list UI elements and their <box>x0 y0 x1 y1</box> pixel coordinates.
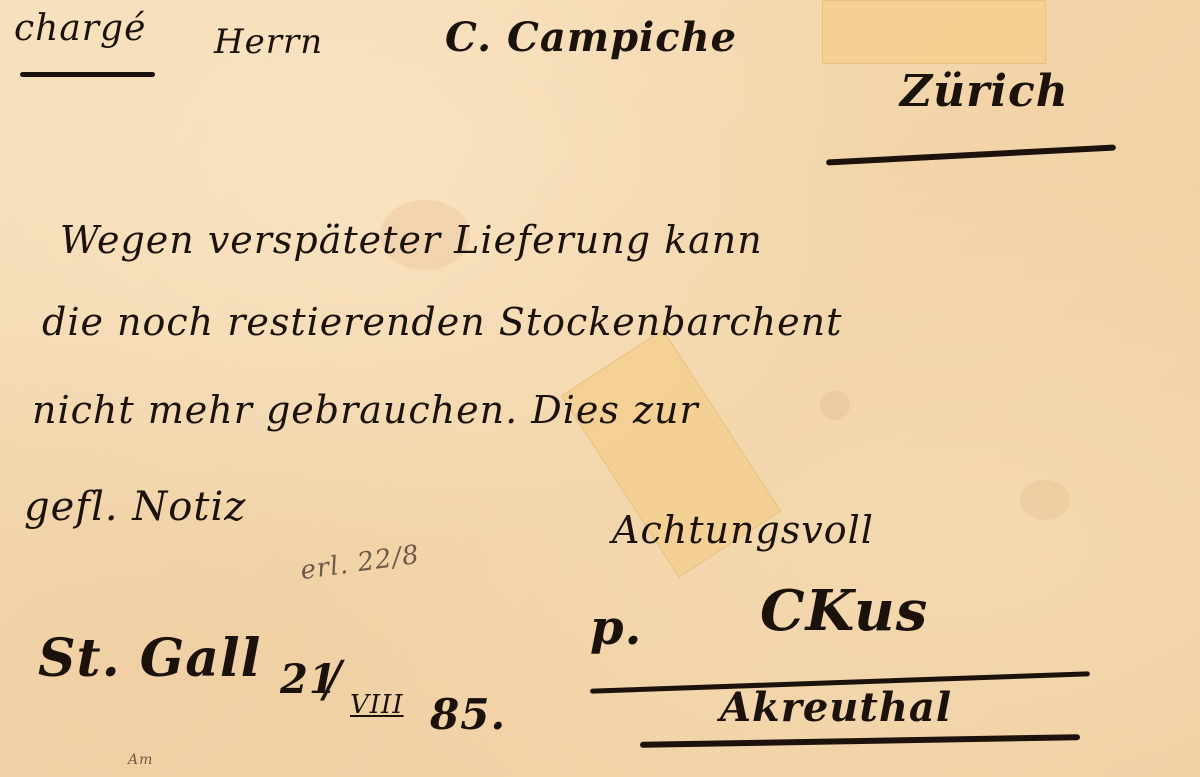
paper-stain <box>820 390 850 420</box>
signature-name: Akreuthal <box>720 684 952 731</box>
registered-underline <box>20 72 155 77</box>
message-line-1: Wegen verspäteter Lieferung kann <box>60 218 763 262</box>
corner-mark: Am <box>128 752 153 768</box>
recipient-name: C. Campiche <box>445 14 737 61</box>
destination-underline <box>826 144 1116 165</box>
pencil-annotation: erl. 22/8 <box>298 540 421 586</box>
message-line-3: nicht mehr gebrauchen. Dies zur <box>32 388 699 432</box>
per-abbreviation: p. <box>590 600 642 656</box>
signature-initials: CKus <box>760 578 928 644</box>
postcard: chargé Herrn C. Campiche Zürich Wegen ve… <box>0 0 1200 777</box>
message-line-4: gefl. Notiz <box>24 484 246 530</box>
message-line-2: die noch restierenden Stockenbarchent <box>42 300 842 344</box>
tape-patch-top <box>822 0 1046 64</box>
paper-stain <box>1020 480 1070 520</box>
date-slash: / <box>324 650 342 708</box>
date-month: VIII <box>350 690 404 720</box>
recipient-salutation: Herrn <box>214 22 323 62</box>
date-year: 85. <box>430 690 506 739</box>
registered-mark: chargé <box>14 8 146 49</box>
valediction: Achtungsvoll <box>612 508 874 552</box>
destination-city: Zürich <box>900 66 1069 117</box>
place: St. Gall <box>38 628 261 689</box>
signature-flourish-lower <box>640 734 1080 748</box>
